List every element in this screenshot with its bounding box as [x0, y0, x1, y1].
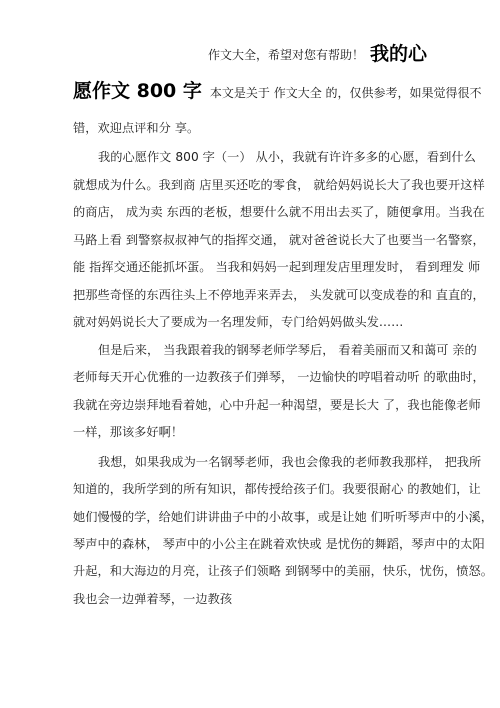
paragraph-line: 就对妈妈说长大了要成为一名理发师，专门给妈妈做头发…… [73, 314, 425, 330]
note-text-1: 本文是关于 作文大全 的，仅供参考，如果觉得很不 [210, 86, 482, 100]
note-text-2: 错，欢迎点评和分 享。 [73, 120, 425, 136]
paragraph-line: 能 指挥交通还能抓坏蛋。 当我和妈妈一起到理发店里理发时， 看到理发 师 [73, 259, 425, 275]
paragraph-line: 我的心愿作文 800 字（一） 从小，我就有许许多多的心愿，看到什么 [73, 149, 425, 165]
paragraph-line: 我想，如果我成为一名钢琴老师，我也会像我的老师教我那样， 把我所 [73, 454, 425, 470]
title-part-2: 愿作文 800 字 [73, 80, 202, 102]
paragraph-line: 我也会一边弹着琴，一边教孩 [73, 591, 425, 607]
paragraph-line: 就想成为什么。我到商 店里买还吃的零食， 就给妈妈说长大了我也要开这样 [73, 177, 425, 193]
paragraph-line: 马路上看 到警察叔叔神气的指挥交通， 就对爸爸说长大了也要当一名警察， [73, 232, 425, 248]
paragraph-line: 我就在旁边崇拜地看着她，心中升起一种渴望，要是长大 了，我也能像老师 [73, 397, 425, 413]
intro-text: 作文大全，希望对您有帮助！ [208, 48, 364, 62]
paragraph-line: 知道的，我所学到的所有知识，都传授给孩子们。我要很耐心 的教她们，让 [73, 481, 425, 497]
paragraph-line: 但是后来， 当我跟着我的钢琴老师学琴后， 看着美丽而又和蔼可 亲的 [73, 342, 425, 358]
paragraph-line: 老师每天开心优雅的一边教孩子们弹琴， 一边愉快的哼唱着动听 的歌曲时， [73, 369, 425, 385]
paragraph-line: 一样，那该多好啊！ [73, 424, 425, 440]
paragraph-line: 的商店， 成为卖 东西的老板，想要什么就不用出去买了，随便拿用。当我在 [73, 204, 425, 220]
title-part-1: 我的心 [370, 43, 427, 65]
paragraph-line: 琴声中的森林， 琴声中的小公主在跳着欢快或 是忧伤的舞蹈，琴声中的太阳 [73, 536, 425, 552]
title-line: 愿作文 800 字本文是关于 作文大全 的，仅供参考，如果觉得很不 [73, 78, 482, 106]
document-page: 作文大全，希望对您有帮助！我的心 愿作文 800 字本文是关于 作文大全 的，仅… [0, 0, 500, 708]
header-intro-line: 作文大全，希望对您有帮助！我的心 [208, 42, 427, 67]
paragraph-line: 她们慢慢的学，给她们讲讲曲子中的小故事，或是让她 们听听琴声中的小溪， [73, 509, 425, 525]
paragraph-line: 把那些奇怪的东西往头上不停地弄来弄去， 头发就可以变成卷的和 直直的， [73, 287, 425, 303]
paragraph-line: 升起，和大海边的月亮，让孩子们领略 到钢琴中的美丽，快乐，忧伤，愤怒。 [73, 563, 425, 579]
